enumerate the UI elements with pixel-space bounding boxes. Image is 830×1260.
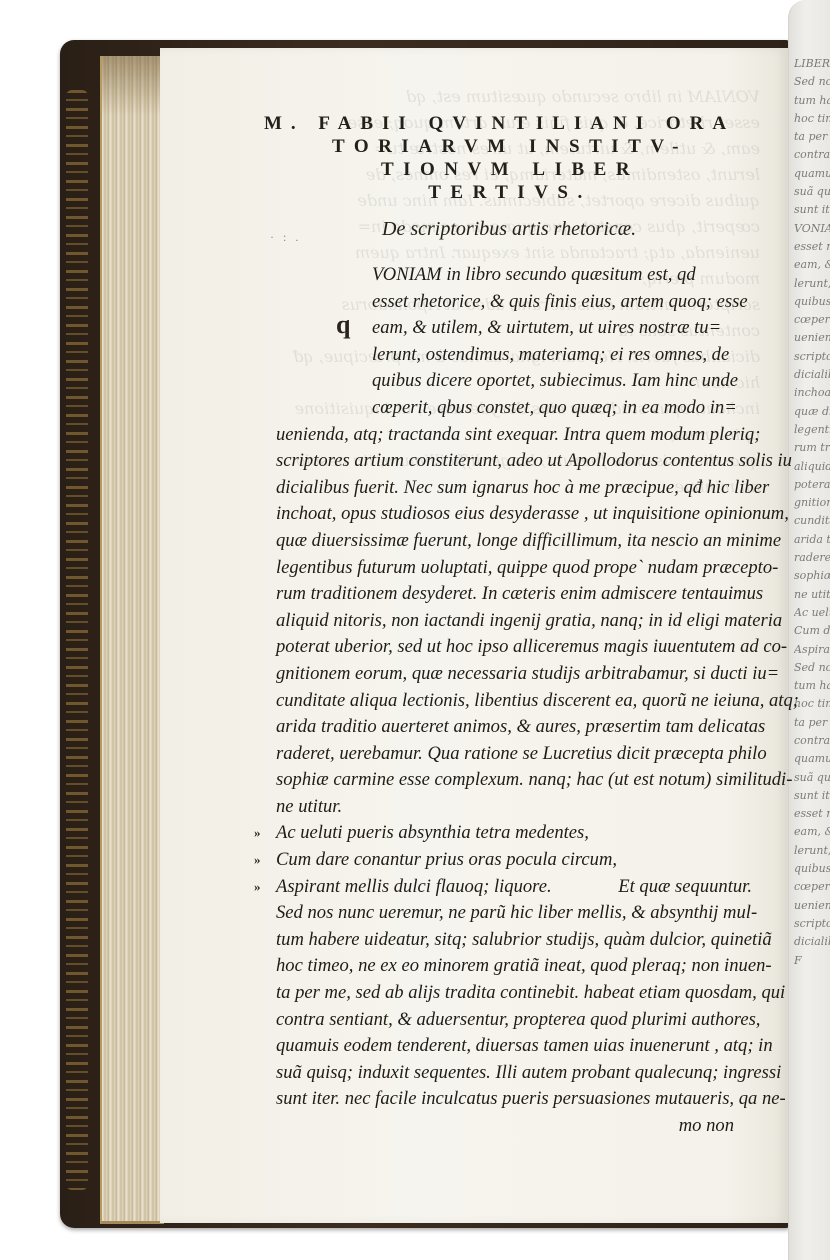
text-line: rum traditionem desyderet. In cæteris en… [276,581,762,608]
text-line: sunt iter. nec facile inculcatus pueris … [276,1086,762,1113]
text-line: ta per me, sed ab alijs tradita contineb… [276,980,762,1007]
chapter-subtitle: De scriptoribus artis rhetoricæ. [382,218,636,241]
text-line: contra sentiant, & aduersentur, proptere… [276,1007,762,1034]
title-line: TERTIVS. [260,181,760,204]
gilt-tooled-binding-edge [66,90,88,1190]
text-line: aliquid nitoris, non iactandi ingenij gr… [276,608,762,635]
text-line: tum habere uideatur, sitq; salubrior stu… [276,927,762,954]
text-line: quamuis eodem tenderent, diuersas tamen … [276,1033,762,1060]
text-line: arida traditio auerteret animos, & aures… [276,714,762,741]
text-line: suã quisq; induxit sequentes. Illi autem… [276,1060,762,1087]
text-line: poterat uberior, sed ut hoc ipso allicer… [276,634,762,661]
verse-line: » Cum dare conantur prius oras pocula ci… [276,847,762,874]
text-line: cœperit, qbus constet, quo quæq; in ea m… [276,395,762,422]
verse-line: » Ac ueluti pueris absynthia tetra meden… [276,820,762,847]
text-line: dicialibus fuerit. Nec sum ignarus hoc à… [276,475,762,502]
text-line: scriptores artium constiterunt, adeo ut … [276,448,762,475]
text-line: lerunt, ostendimus, materiamq; ei res om… [276,342,762,369]
text-line: gnitionem eorum, quæ necessaria studijs … [276,661,762,688]
text-line: uenienda, atq; tractanda sint exequar. I… [276,422,762,449]
facing-page-text: LIBER III. Sed nos nunc ueremur, ne parũ… [794,55,830,1015]
catchword: mo non [276,1113,762,1140]
verse-line: » Aspirant mellis dulci flauoq; liquore.… [276,874,762,901]
page-edges-stack [100,56,164,1224]
text-line: VONIAM in libro secundo quæsitum est, qd [276,262,762,289]
text-line: inchoat, opus studiosos eius desyderasse… [276,501,762,528]
quotation-mark-icon: » [254,874,261,901]
title-line: TIONVM LIBER [260,158,760,181]
text-line: sophiæ carmine esse complexum. nanq; hac… [276,767,762,794]
main-text-block: VONIAM in libro secundo quæsitum est, qd… [276,262,762,1140]
text-line: cunditate aliqua lectionis, libentius di… [276,688,762,715]
verse-trailer: Et quæ sequuntur. [618,874,752,901]
text-line: esset rhetorice, & quis finis eius, arte… [276,289,762,316]
text-line: eam, & utilem, & uirtutem, ut uires nost… [276,315,762,342]
title-line: TORIARVM INSTITV- [260,135,760,158]
text-line: Sed nos nunc ueremur, ne parũ hic liber … [276,900,762,927]
text-line: ne utitur. [276,794,762,821]
text-line: quibus dicere oportet, subiecimus. Iam h… [276,368,762,395]
quotation-mark-icon: » [254,820,261,847]
marginal-mark: · : . [270,230,301,245]
text-line: hoc timeo, ne ex eo minorem gratiã ineat… [276,953,762,980]
book-title-heading: M. FABII QVINTILIANI ORA TORIARVM INSTIT… [260,112,760,204]
title-line: M. FABII QVINTILIANI ORA [264,112,760,135]
quotation-mark-icon: » [254,847,261,874]
text-line: quæ diuersissimæ fuerunt, longe difficil… [276,528,762,555]
text-line: legentibus futurum uoluptati, quippe quo… [276,555,762,582]
text-line: raderet, uerebamur. Qua ratione se Lucre… [276,741,762,768]
